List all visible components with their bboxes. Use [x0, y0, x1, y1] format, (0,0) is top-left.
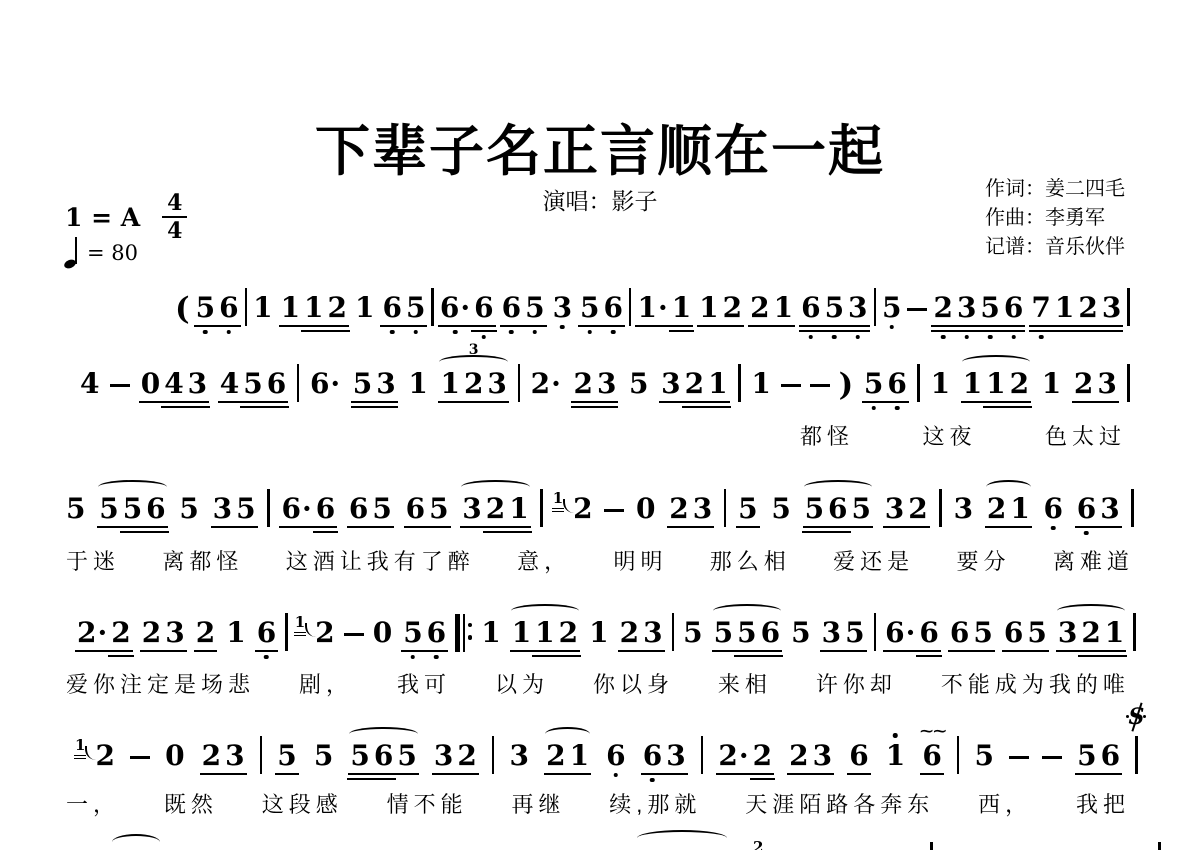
note-group: 6	[255, 619, 278, 647]
note-number: 2	[718, 739, 737, 772]
octave-dot-below	[964, 335, 969, 340]
note-group: 23	[140, 619, 187, 647]
note-group: 35	[211, 495, 258, 523]
eighth-underline	[799, 325, 869, 328]
note-group: 12	[697, 294, 744, 322]
note-number: 5	[397, 739, 416, 772]
note-number: 5	[350, 739, 369, 772]
eighth-underline	[1075, 526, 1122, 529]
note-number: 5	[980, 291, 999, 324]
sixteenth-underline	[371, 778, 396, 781]
augmentation-dot: ·	[739, 739, 749, 772]
note: 3	[211, 495, 234, 523]
note: 2	[544, 742, 567, 770]
grace-underline	[294, 635, 306, 637]
note-group: 32	[432, 742, 479, 770]
note: 5	[862, 370, 885, 398]
note-group: 53	[351, 370, 398, 398]
note-group: 56	[578, 294, 625, 322]
notation-credit: 记谱：音乐伙伴	[985, 233, 1125, 262]
eighth-underline	[985, 526, 1032, 529]
note-group: 1	[406, 370, 429, 398]
lyrics-line: 爱你注定是场悲剧，我可以为你以身来相许你却不能成为我的唯	[66, 672, 1130, 698]
note-number: 5	[864, 367, 883, 400]
note: 1	[353, 294, 376, 322]
note-number: 5	[683, 616, 702, 649]
eighth-underline	[803, 526, 873, 529]
eighth-underline	[275, 773, 298, 776]
sixteenth-underline	[313, 531, 338, 534]
note: 6	[144, 495, 167, 523]
augmentation-dot: ·	[551, 367, 561, 400]
note: 5	[978, 294, 1001, 322]
note-group: 56	[1075, 742, 1122, 770]
eighth-underline	[432, 773, 479, 776]
note: 6	[885, 370, 908, 398]
note-number: 6	[1077, 492, 1096, 525]
note-group: 5	[627, 370, 650, 398]
note: 3	[664, 742, 687, 770]
sixteenth-underline	[983, 406, 1008, 409]
note-number: 0	[373, 616, 392, 649]
notation-system: (5611121656·6653561·11221653523567123	[175, 276, 1130, 322]
lyric-phrase: 那么相	[710, 549, 791, 575]
note-group: 5	[681, 619, 704, 647]
barline	[1131, 489, 1134, 527]
note-group: 5	[64, 495, 87, 523]
note-group: 1	[749, 370, 772, 398]
note: 3	[1098, 495, 1121, 523]
eighth-underline	[667, 526, 714, 529]
slur	[511, 604, 579, 618]
note: 5	[578, 294, 601, 322]
note-group: 556	[712, 619, 782, 647]
octave-dot-below	[1011, 335, 1016, 340]
sixteenth-underline	[734, 655, 759, 658]
note-group: 63	[641, 742, 688, 770]
note: 6	[604, 742, 627, 770]
barline	[245, 288, 248, 326]
note-number: 1	[512, 616, 531, 649]
note: 5	[64, 495, 87, 523]
note: 6	[255, 619, 278, 647]
lyric-phrase: 这夜	[922, 424, 976, 450]
note: 6	[1002, 294, 1025, 322]
eighth-underline	[716, 773, 774, 776]
note: 3	[1056, 619, 1079, 647]
note-number: 3	[165, 616, 184, 649]
notation-system: 40434566·53112332·2353211)561112123	[78, 352, 1130, 398]
note: 3	[846, 294, 869, 322]
note-number: 3	[643, 616, 662, 649]
note-number: 5	[314, 739, 333, 772]
dash-sustain	[344, 633, 364, 637]
eighth-underline	[97, 526, 167, 529]
dash-sustain	[604, 509, 624, 513]
note-group: 2·2	[716, 742, 774, 770]
eighth-underline	[571, 401, 618, 404]
note-number: 3	[510, 739, 529, 772]
note-number: 2	[111, 616, 130, 649]
octave-dot-below	[871, 406, 876, 411]
note: 1	[884, 742, 907, 770]
parenthesis: (	[175, 294, 190, 325]
note: 1·	[635, 294, 669, 322]
note: 2	[200, 742, 223, 770]
note-stem	[75, 237, 77, 264]
note: 2	[571, 370, 594, 398]
grace-underline	[74, 755, 86, 757]
note-group: 2356	[931, 294, 1025, 322]
note: 3	[163, 619, 186, 647]
note-number: 3	[434, 739, 453, 772]
note-number: 5	[123, 492, 142, 525]
note-group: 12	[75, 742, 117, 770]
note-number: 2	[315, 616, 334, 649]
note: 6	[602, 294, 625, 322]
note-group: 65	[347, 495, 394, 523]
eighth-underline	[659, 401, 729, 404]
note: 5	[241, 370, 264, 398]
note-group: 6·6	[438, 294, 496, 322]
note-number: 4	[164, 367, 183, 400]
note: 6	[1075, 495, 1098, 523]
note: 6	[347, 495, 370, 523]
note-number: 5	[353, 367, 372, 400]
eighth-underline	[948, 650, 995, 653]
note: 1	[984, 370, 1007, 398]
time-signature-numerator: 4	[162, 192, 187, 218]
note: 4	[218, 370, 241, 398]
note-number: 2	[142, 616, 161, 649]
lyric-phrase: 一，	[66, 792, 120, 818]
note-group: 5	[880, 294, 903, 322]
note: 1	[510, 619, 533, 647]
note-number: 1	[886, 739, 905, 772]
lyric-phrase: 爱还是	[833, 549, 914, 575]
note-number: 1	[281, 291, 300, 324]
note: 2	[313, 619, 336, 647]
note: 1	[961, 370, 984, 398]
note-group: 23	[787, 742, 834, 770]
note: 3	[374, 370, 397, 398]
grace-underline	[294, 632, 306, 634]
note-number: 0	[165, 739, 184, 772]
lyrics-line: 一，既然这段感情不能再继续,那就天涯陌路各奔东西，我把	[66, 792, 1130, 818]
note-number: 2	[77, 616, 96, 649]
note: 5	[312, 742, 335, 770]
sixteenth-underline	[669, 330, 694, 333]
octave-dot-below	[411, 655, 416, 660]
note-number: 0	[141, 367, 160, 400]
note-group: 6·6	[883, 619, 941, 647]
note-number: 1	[355, 291, 374, 324]
octave-dot-below	[832, 335, 837, 340]
note: 2	[931, 294, 954, 322]
note-group: 12	[553, 495, 595, 523]
note: 3	[186, 370, 209, 398]
note: 2	[571, 495, 594, 523]
note: 2	[1008, 370, 1031, 398]
barline	[518, 364, 521, 402]
note: 1	[568, 742, 591, 770]
key-time-block: 1 = A 4 4	[65, 192, 187, 242]
note: 5	[850, 495, 873, 523]
sixteenth-underline	[1102, 655, 1127, 658]
note: 5	[769, 495, 792, 523]
note-number: 6	[1004, 616, 1023, 649]
lyric-phrase: 再继	[511, 792, 565, 818]
note-group: 21	[544, 742, 591, 770]
note-number: 6	[1004, 291, 1023, 324]
note: 6	[372, 742, 395, 770]
note: 3	[952, 495, 975, 523]
note: 3	[811, 742, 834, 770]
note-group: 321	[659, 370, 729, 398]
sixteenth-underline	[825, 531, 850, 534]
note-number: 5	[882, 291, 901, 324]
note: 3	[508, 742, 531, 770]
note-number: 2	[1010, 367, 1029, 400]
note-number: 2	[196, 616, 215, 649]
barline: S	[1135, 736, 1138, 774]
eighth-underline	[279, 526, 337, 529]
song-title: 下辈子名正言顺在一起	[0, 119, 1200, 182]
note: 3	[659, 370, 682, 398]
note-group: 65	[948, 619, 995, 647]
note: 6	[217, 294, 240, 322]
note-number: 4	[80, 367, 99, 400]
note: 1	[697, 294, 720, 322]
note-number: 5	[66, 492, 85, 525]
note-number: 1	[751, 367, 770, 400]
note: 3	[641, 619, 664, 647]
note-group: 565	[348, 742, 418, 770]
note: 7	[1029, 294, 1052, 322]
time-signature: 4 4	[162, 192, 187, 242]
note: 2	[557, 619, 580, 647]
note-number: 3	[376, 367, 395, 400]
augmentation-dot: ·	[460, 291, 470, 324]
note: 5	[971, 619, 994, 647]
note-number: 2	[546, 739, 565, 772]
note-number: 5	[805, 492, 824, 525]
lyric-phrase: 都怪	[800, 424, 854, 450]
note: 6·	[279, 495, 313, 523]
note-number: 3	[553, 291, 572, 324]
barline	[1158, 842, 1161, 850]
lyric-phrase: 剧，	[299, 672, 353, 698]
note: 5	[370, 495, 393, 523]
barline	[874, 288, 877, 326]
note-number: 5	[974, 739, 993, 772]
note-group: 6~~	[920, 742, 943, 770]
tempo-value: = 80	[87, 241, 138, 265]
note-number: 6	[950, 616, 969, 649]
note-group: 043	[139, 370, 209, 398]
triplet-number: 3	[438, 343, 508, 357]
note-number: 1	[986, 367, 1005, 400]
note-number: 1	[440, 367, 459, 400]
eighth-underline	[500, 325, 547, 328]
note-group: 56	[194, 294, 241, 322]
note-group: 0	[371, 619, 394, 647]
note: 6~~	[920, 742, 943, 770]
lyric-phrase: 于迷	[66, 549, 120, 575]
note-number: 6	[1101, 739, 1120, 772]
note-number: 5	[852, 492, 871, 525]
note: 6	[380, 294, 403, 322]
note-group: 1	[224, 619, 247, 647]
sixteenth-underline	[1029, 330, 1123, 333]
note-group: 1	[1040, 370, 1063, 398]
sheet-music-page: { "page": {"background": "#ffffff", "ink…	[0, 0, 1200, 850]
augmentation-dot: ·	[330, 367, 340, 400]
note-number: 6	[761, 616, 780, 649]
lyrics-line: 都怪这夜色太过	[800, 424, 1126, 450]
note-group: 56	[401, 619, 448, 647]
notation-mark	[468, 611, 473, 651]
note-number: 2	[559, 616, 578, 649]
sixteenth-underline	[532, 655, 557, 658]
note-number: 3	[957, 291, 976, 324]
octave-dot-below	[856, 335, 861, 340]
note-group: 4	[78, 370, 101, 398]
octave-dot-below	[1051, 526, 1056, 531]
barline	[285, 613, 288, 651]
sixteenth-underline	[347, 778, 372, 781]
barline	[267, 489, 270, 527]
sixteenth-underline	[799, 330, 869, 333]
barline	[930, 842, 933, 850]
lyric-phrase: 以为	[495, 672, 549, 698]
note: 5	[427, 495, 450, 523]
note-number: 1	[672, 291, 691, 324]
note: 2	[721, 294, 744, 322]
note-number: 1	[226, 616, 245, 649]
note: 2·	[75, 619, 109, 647]
note: 2	[667, 495, 690, 523]
note: 1	[251, 294, 274, 322]
slur	[98, 480, 166, 494]
eighth-underline	[438, 401, 508, 404]
eighth-underline	[510, 650, 580, 653]
lyric-phrase: 不能成为我的唯	[941, 672, 1130, 698]
note-number: 2	[457, 739, 476, 772]
note: 6	[826, 495, 849, 523]
note: 3	[1100, 294, 1123, 322]
note-number: 1	[253, 291, 272, 324]
note-group: 5	[736, 495, 759, 523]
sixteenth-underline	[916, 655, 941, 658]
octave-dot-below	[560, 325, 565, 330]
eighth-underline	[347, 526, 394, 529]
octave-dot-below	[614, 773, 619, 778]
note: 6	[948, 619, 971, 647]
note: 1	[706, 370, 729, 398]
note-group: 21	[985, 495, 1032, 523]
note-number: 3	[1102, 291, 1121, 324]
note-group: 23	[667, 495, 714, 523]
note-number: 6	[219, 291, 238, 324]
augmentation-dot: ·	[97, 616, 107, 649]
lyric-phrase: 要分	[957, 549, 1011, 575]
note: 6·	[308, 370, 342, 398]
barline	[492, 736, 495, 774]
notation-system: 1202355565323216632·223616~~556S	[75, 724, 1138, 770]
slur	[637, 830, 727, 846]
sixteenth-underline	[506, 531, 531, 534]
eighth-underline	[618, 650, 665, 653]
note: 5	[348, 742, 371, 770]
note: 2	[1079, 619, 1102, 647]
barline	[957, 736, 960, 774]
note-number: 2	[1074, 367, 1093, 400]
note: 0	[371, 619, 394, 647]
sixteenth-underline	[931, 330, 1025, 333]
note: 5	[234, 495, 257, 523]
slur	[349, 727, 417, 741]
note-number: 4	[220, 367, 239, 400]
note-number: 2	[987, 492, 1006, 525]
grace-note: 1	[553, 491, 563, 506]
note-number: 2	[573, 367, 592, 400]
note-number: 5	[99, 492, 118, 525]
note-group: 6	[604, 742, 627, 770]
note: 5	[736, 495, 759, 523]
eighth-underline	[748, 325, 795, 328]
note-group: 653	[799, 294, 869, 322]
eighth-underline	[1029, 325, 1123, 328]
lyric-phrase: 离都怪	[162, 549, 243, 575]
note-number: 6	[502, 291, 521, 324]
sixteenth-underline	[351, 406, 398, 409]
note-group: 1	[251, 294, 274, 322]
eighth-underline	[438, 325, 496, 328]
note-group: 1233	[438, 370, 508, 398]
note: 2	[1076, 294, 1099, 322]
eighth-underline	[200, 773, 247, 776]
note: 3	[485, 370, 508, 398]
note-group: 23	[571, 370, 618, 398]
augmentation-dot: ·	[906, 616, 916, 649]
note-number: 3	[597, 367, 616, 400]
lyric-phrase: 明明	[613, 549, 667, 575]
note-group: 5	[769, 495, 792, 523]
note-number: 1	[708, 367, 727, 400]
sixteenth-underline	[325, 330, 350, 333]
note-number: 3	[213, 492, 232, 525]
note-number: 6	[349, 492, 368, 525]
note: 3	[691, 495, 714, 523]
note: 5	[681, 619, 704, 647]
note: 1	[302, 294, 325, 322]
note: 1	[1008, 495, 1031, 523]
note-number: 6	[885, 616, 904, 649]
note: 6·	[883, 619, 917, 647]
note: 5	[823, 294, 846, 322]
note: 5	[401, 619, 424, 647]
note: 6	[425, 619, 448, 647]
eighth-underline	[697, 325, 744, 328]
lyricist-credit: 作词：姜二四毛	[985, 175, 1125, 204]
note-number: 6	[281, 492, 300, 525]
note-number: 1	[637, 291, 656, 324]
note-number: 1	[1010, 492, 1029, 525]
key-signature: 1 = A	[65, 203, 140, 232]
note-group: 23	[618, 619, 665, 647]
eighth-underline	[787, 773, 834, 776]
